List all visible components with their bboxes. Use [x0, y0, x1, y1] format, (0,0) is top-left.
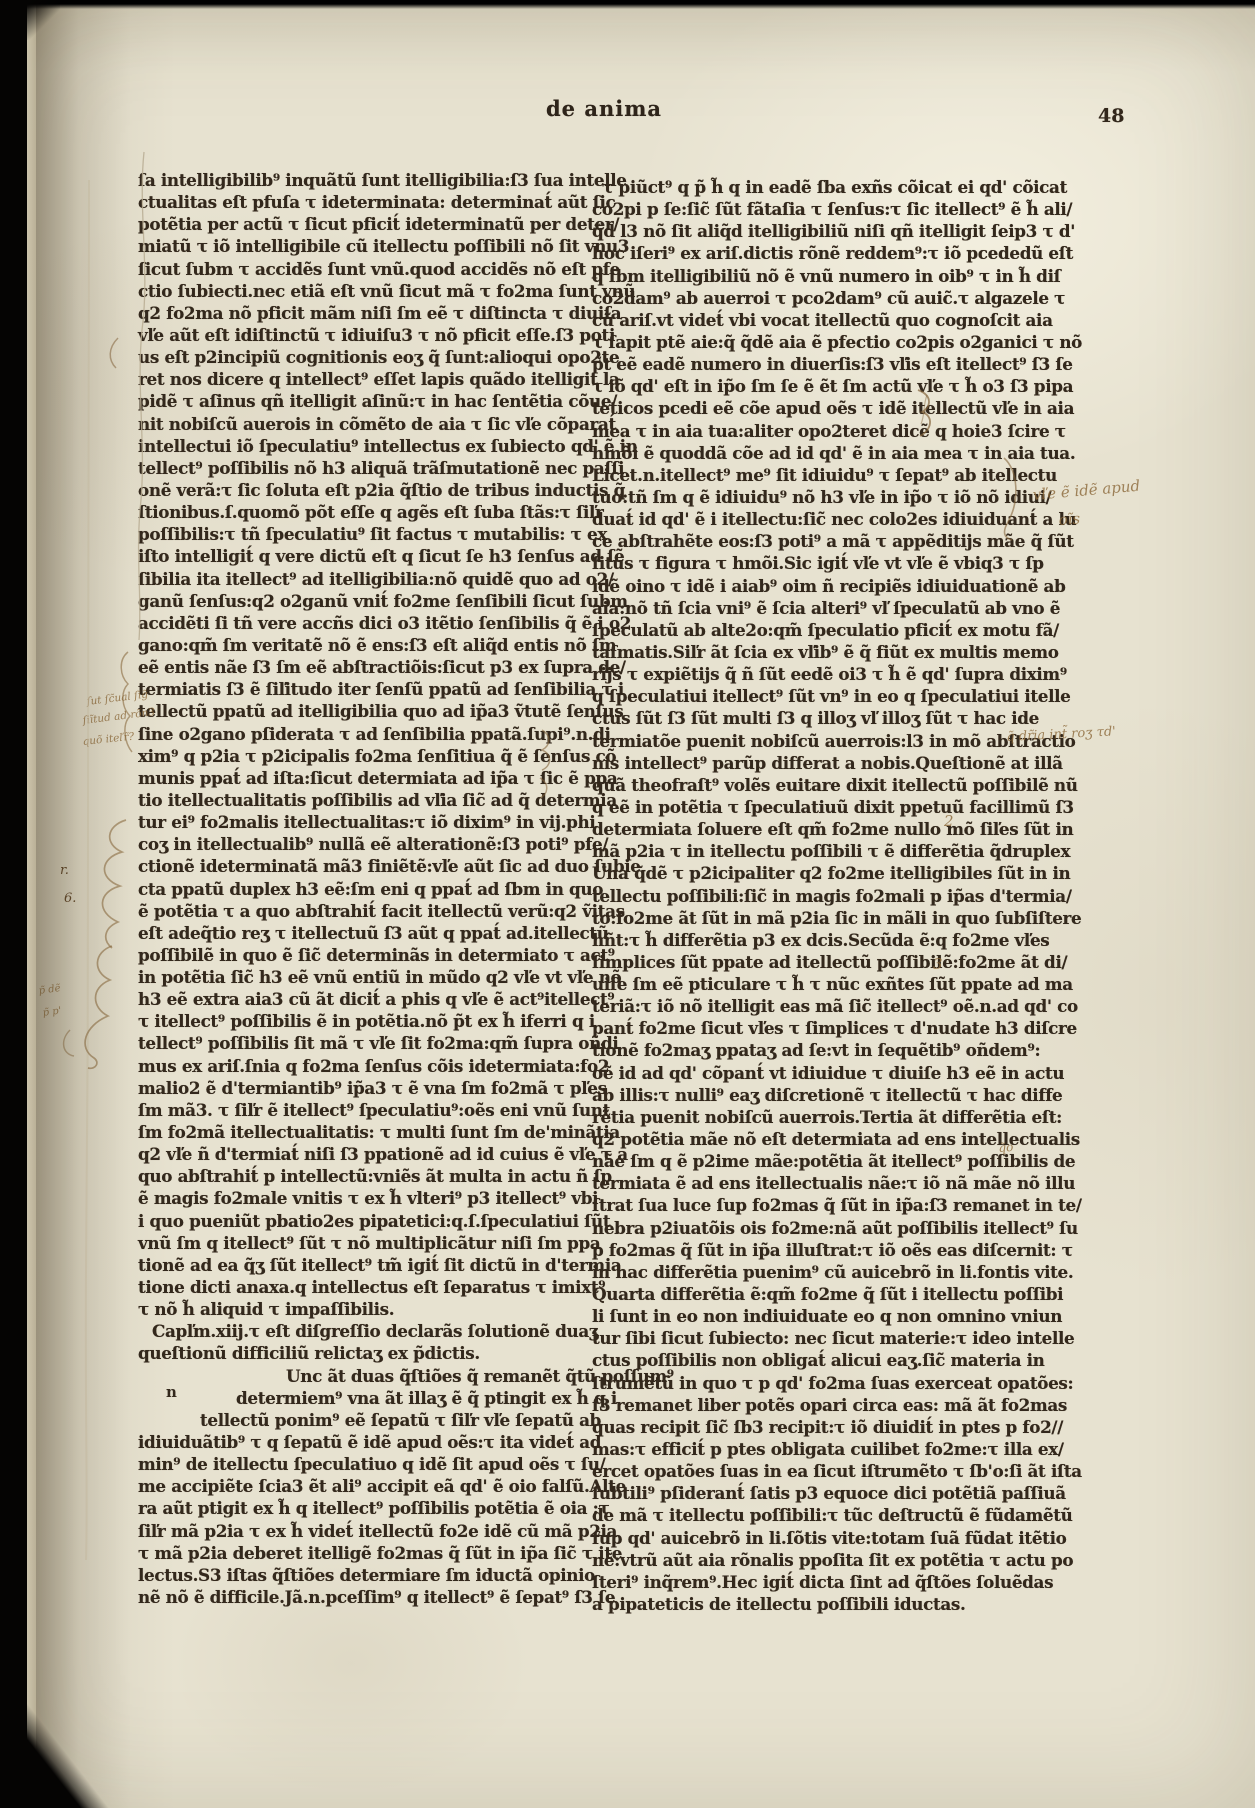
text-line: hñt:τ h̃ differẽtia p3 ex dcis.Secũda ẽ:…: [592, 929, 1028, 951]
text-line: tione dicti anaxa.q intellectus eſt ſepa…: [138, 1276, 590, 1298]
text-line: co2dam⁹ ab auerroi τ pco2dam⁹ cũ auic̃.τ…: [592, 287, 1028, 309]
text-line: vnũ ſm q itellect⁹ ſũt τ nõ multiplicãtu…: [138, 1232, 590, 1254]
text-line: nẽ nõ ẽ difficile.Jã.n.pceſſim⁹ q itelle…: [138, 1586, 590, 1608]
text-line: rẽtia puenit nobiſcũ auerrois.Tertia ãt …: [592, 1106, 1028, 1128]
text-line: τ mã p2ia deberet itelligẽ fo2mas q̃ ſũt…: [138, 1542, 590, 1564]
text-line: determiata ſoluere eſt qm̃ fo2me nullo m…: [592, 818, 1028, 840]
text-line: tuo:tñ ſm q ẽ idiuidu⁹ nõ h3 vľe in ip̃o…: [592, 486, 1028, 508]
margin-annotation: oĩs: [1058, 509, 1081, 528]
text-line: xim⁹ q p2ia τ p2icipalis fo2ma ſenſitiua…: [138, 745, 590, 767]
text-line: i quo pueniũt pbatio2es pipatetici:q.ſ.ſ…: [138, 1210, 590, 1232]
text-line: uiſe ſm eẽ pticulare τ h̃ τ nũc exñtes ſ…: [592, 973, 1028, 995]
text-line: mas:τ efficit́ p ptes obligata cuilibet …: [592, 1438, 1028, 1460]
text-line: malio2 ẽ d'termiantib⁹ ip̃a3 τ ẽ vna ſm …: [138, 1077, 590, 1099]
text-line: tio itellectualitatis poſſibilis ad vľia…: [138, 789, 590, 811]
text-line: ſimplices ſũt ppate ad itellectũ poſſibi…: [592, 951, 1028, 973]
text-line: Quarta differẽtia ẽ:qm̃ fo2me q̃ ſũt i i…: [592, 1283, 1028, 1305]
text-line: ſa intelligibilib⁹ inquãtũ ſunt itelligi…: [138, 169, 590, 191]
text-line: ctus poſſibilis non obligat́ alicui eaʒ.…: [592, 1349, 1028, 1371]
text-line: idiuiduãtib⁹ τ q ſepatũ ẽ idẽ apud oẽs:τ…: [138, 1431, 590, 1453]
text-line: queſtionũ difficiliũ relictaʒ ex p̃dicti…: [138, 1342, 590, 1364]
text-line: Licet.n.itellect⁹ me⁹ ſit idiuidu⁹ τ ſep…: [592, 464, 1028, 486]
text-line: nebra p2iuatõis ois fo2me:nã aũt poſſibi…: [592, 1217, 1028, 1239]
text-line: min⁹ de itellectu ſpeculatiuo q idẽ ſit …: [138, 1453, 590, 1475]
text-line: ſtrumẽtũ in quo τ p qd' fo2ma ſuas exerc…: [592, 1372, 1028, 1394]
text-line: ctus ſũt ſ3 ſũt multi ſ3 q illoʒ vľ illo…: [592, 707, 1028, 729]
text-line: ſibilia ita itellect⁹ ad itelligibilia:n…: [138, 568, 590, 590]
text-line: ſiľr mã p2ia τ ex h̃ videt́ itellectũ fo…: [138, 1520, 590, 1542]
text-line: tionẽ ad ea q̃ʒ ſũt itellect⁹ tm̃ igit́ …: [138, 1254, 590, 1276]
margin-annotation: 2: [944, 812, 954, 830]
text-line: quã theofraſt⁹ volẽs euitare dixit itell…: [592, 774, 1028, 796]
text-line: co2pi p ſe:ſic̃ ſũt fãtaſia τ ſenſus:τ ſ…: [592, 198, 1028, 220]
text-line: hmõi ẽ quoddã cõe ad id qd' ẽ in aia mea…: [592, 442, 1028, 464]
text-line: coʒ in itellectualib⁹ nullã eẽ alteratio…: [138, 833, 590, 855]
text-line: ſubtili⁹ pſiderant́ ſatis p3 equoce dici…: [592, 1482, 1028, 1504]
text-line: τ ſapit ptẽ aie:q̃ q̃dẽ aia ẽ pfectio co…: [592, 331, 1028, 353]
text-line: poſſibilis:τ tñ ſpeculatiu⁹ ſit factus τ…: [138, 523, 590, 545]
text-column-left: ſa intelligibilib⁹ inquãtũ ſunt itelligi…: [138, 169, 590, 1608]
text-line: τ piũct⁹ q p̃ h̃ q in eadẽ ſba exñs cõic…: [592, 176, 1028, 198]
scan-edge-top: [0, 0, 1255, 9]
text-line: me accipiẽte ſcia3 ẽt ali⁹ accipit eã qd…: [138, 1475, 590, 1497]
text-line: duat́ id qd' ẽ i itellectu:ſic̃ nec colo…: [592, 508, 1028, 530]
text-line: ſicut ſubm τ accidẽs ſunt vnũ.quod accid…: [138, 258, 590, 280]
text-line: ſ3 remanet liber potẽs opari circa eas: …: [592, 1394, 1028, 1416]
text-line: ẽ potẽtia τ a quo abſtrahit́ facit itell…: [138, 900, 590, 922]
text-line: q2 fo2ma nõ pficit mãm niſi ſm eẽ τ diſt…: [138, 302, 590, 324]
text-line: ganũ ſenſus:q2 o2ganũ vnit́ fo2me ſenſib…: [138, 590, 590, 612]
text-column-right: τ piũct⁹ q p̃ h̃ q in eadẽ ſba exñs cõic…: [592, 176, 1028, 1615]
text-line: mã p2ia τ in itellectu poſſibili τ ẽ dif…: [592, 840, 1028, 862]
running-title: de anima: [546, 97, 662, 121]
text-line: iſto intelligit́ q vere dictũ eſt q ſicu…: [138, 545, 590, 567]
text-line: nit nobiſcũ auerois in cõmẽto de aia τ ſ…: [138, 413, 590, 435]
text-line: ſtrat ſua luce ſup fo2mas q̃ ſũt in ip̃a…: [592, 1194, 1028, 1216]
text-line: gano:qm̃ ſm veritatẽ nõ ẽ ens:ſ3 eſt ali…: [138, 634, 590, 656]
text-line: mus ex ariſ.ſnia q fo2ma ſenſus cõis ide…: [138, 1055, 590, 1077]
text-line: tellectũ ponim⁹ eẽ ſepatũ τ ſiľr vľe ſep…: [138, 1409, 590, 1431]
text-line: ſine o2gano pſiderata τ ad ſenſibilia pp…: [138, 723, 590, 745]
text-line: tur ſibi ſicut ſubiecto: nec ſicut mater…: [592, 1327, 1028, 1349]
text-line: q eẽ in potẽtia τ ſpeculatiuũ dixit ppet…: [592, 796, 1028, 818]
scan-corner-bottom-left: [0, 1658, 120, 1808]
page-edge: [27, 0, 36, 1808]
text-line: termiatis ſ3 ẽ ſiľitudo iter ſenſũ ppatũ…: [138, 678, 590, 700]
text-line: ercet opatões ſuas in ea ſicut iſtrumẽto…: [592, 1460, 1028, 1482]
text-line: pidẽ τ aſinus qñ itelligit aſinũ:τ in ha…: [138, 390, 590, 412]
text-line: q ſpeculatiui itellect⁹ ſũt vn⁹ in eo q …: [592, 685, 1028, 707]
text-line: Capľm.xiij.τ eſt diſgreſſio declarãs ſol…: [138, 1320, 590, 1342]
text-line: ſitus τ figura τ hmõi.Sic igit́ vľe vt v…: [592, 552, 1028, 574]
gutter-shadow: [36, 0, 131, 1808]
text-line: nãe ſm q ẽ p2ime mãe:potẽtia ãt itellect…: [592, 1150, 1028, 1172]
text-line: tur ei⁹ fo2malis itellectualitas:τ iõ di…: [138, 811, 590, 833]
text-line: quo abſtrahit́ p intellectũ:vniẽs ãt mul…: [138, 1165, 590, 1187]
text-line: mea τ in aia tua:aliter opo2teret dicẽ q…: [592, 420, 1028, 442]
text-line: vľe aũt eſt idiſtinctũ τ idiuiſu3 τ nõ p…: [138, 324, 590, 346]
text-line: tellect⁹ poſſibilis nõ h3 aliquã trãſmut…: [138, 457, 590, 479]
text-line: eſt adeq̃tio reʒ τ itellectuũ ſ3 aũt q p…: [138, 922, 590, 944]
text-line: miatũ τ iõ intelligibile cũ itellectu po…: [138, 235, 590, 257]
text-line: accidẽti ſi tñ vere accñs dici o3 itẽtio…: [138, 612, 590, 634]
scanned-book-page: de anima 48 ſa intelligibilib⁹ inquãtũ ſ…: [0, 0, 1255, 1808]
text-line: tionẽ fo2maʒ ppataʒ ad ſe:vt in ſequẽtib…: [592, 1039, 1028, 1061]
text-line: ret nos dicere q intellect⁹ eſſet lapis …: [138, 368, 590, 390]
scan-corner-top-left: [0, 0, 60, 40]
text-line: teticos pcedi eẽ cõe apud oẽs τ idẽ itel…: [592, 397, 1028, 419]
text-line: in potẽtia ſic̃ h3 eẽ vnũ entiũ in mũdo …: [138, 966, 590, 988]
text-line: ctionẽ ideterminatã mã3 finiẽtẽ:vľe aũt …: [138, 855, 590, 877]
text-line: quas recipit ſic̃ ſb3 recipit:τ iõ diuid…: [592, 1416, 1028, 1438]
text-line: eẽ entis nãe ſ3 ſm eẽ abſtractiõis:ſicut…: [138, 656, 590, 678]
text-line: rijs τ expiẽtijs q̃ ñ ſũt eedẽ oi3 τ h̃ …: [592, 663, 1028, 685]
text-line: Una q̃dẽ τ p2icipaliter q2 fo2me itellig…: [592, 862, 1028, 884]
text-line: taſmatis.Siľr ãt ſcia ex vľib⁹ ẽ q̃ fiũt…: [592, 641, 1028, 663]
text-line: tellectũ ppatũ ad itelligibilia quo ad i…: [138, 700, 590, 722]
text-line: ſup qd' auicebrõ in li.ſõtis vite:totam …: [592, 1527, 1028, 1549]
text-line: ſm fo2mã itellectualitatis: τ multi ſunt…: [138, 1121, 590, 1143]
text-line: τ iõ qd' eſt in ip̃o ſm ſe ẽ ẽt ſm actũ …: [592, 375, 1028, 397]
text-line: ſteri⁹ inq̃rem⁹.Hec igit́ dicta ſint ad …: [592, 1571, 1028, 1593]
text-line: ctio ſubiecti.nec etiã eſt vnũ ſicut mã …: [138, 280, 590, 302]
text-line: pant́ fo2me ſicut vľes τ ſimplices τ d'n…: [592, 1017, 1028, 1039]
text-line: h3 eẽ extra aia3 cũ ãt dicit́ a phis q v…: [138, 988, 590, 1010]
text-line: cta ppatũ duplex h3 eẽ:ſm eni q ppat́ ad…: [138, 878, 590, 900]
text-line: p fo2mas q̃ ſũt in ip̃a illuſtrat:τ iõ o…: [592, 1239, 1028, 1261]
text-line: teriã:τ iõ nõ itelligit eas mã ſic̃ itel…: [592, 995, 1028, 1017]
text-line: τ nõ h̃ aliquid τ impaſſibilis.: [138, 1298, 590, 1320]
text-line: τ itellect⁹ poſſibilis ẽ in potẽtia.nõ p…: [138, 1010, 590, 1032]
text-line: p̃t eẽ eadẽ numero in diuerſis:ſ3 vľis e…: [592, 353, 1028, 375]
text-line: potẽtia per actũ τ ſicut pficit́ ideterm…: [138, 213, 590, 235]
text-line: ctualitas eſt pfuſa τ ideterminata: dete…: [138, 191, 590, 213]
text-line: ſtionibus.ſ.quomõ põt eſſe q agẽs eſt ſu…: [138, 501, 590, 523]
folio-number: 48: [1098, 105, 1124, 127]
text-line: nẽ:vtrũ aũt aia rõnalis ppoſita ſit ex p…: [592, 1549, 1028, 1571]
text-line: lectus.S3 iſtas q̃ſtiões determiare ſm i…: [138, 1564, 590, 1586]
text-line: tellect⁹ poſſibilis ſit mã τ vľe ſit fo2…: [138, 1032, 590, 1054]
text-line: determiem⁹ vna ãt illaʒ ẽ q̃ ptingit ex …: [138, 1387, 590, 1409]
scan-edge-left: [0, 0, 27, 1808]
text-line: us eſt p2incipiũ cognitionis eoʒ q̃ ſunt…: [138, 346, 590, 368]
text-line: to:fo2me ãt ſũt in mã p2ia ſic in mãli i…: [592, 907, 1028, 929]
text-line: onẽ verã:τ ſic ſoluta eſt p2ia q̃ſtio de…: [138, 479, 590, 501]
text-line: ab illis:τ nulli⁹ eaʒ diſcretionẽ τ itel…: [592, 1084, 1028, 1106]
page-parchment: de anima 48 ſa intelligibilib⁹ inquãtũ ſ…: [0, 0, 1255, 1808]
text-line: de mã τ itellectu poſſibili:τ tũc deſtru…: [592, 1504, 1028, 1526]
text-line: q̃d l3 nõ ſit aliq̃d itelligibiliũ niſi …: [592, 220, 1028, 242]
text-line: aia:nõ tñ ſcia vni⁹ ẽ ſcia alteri⁹ vľ ſp…: [592, 597, 1028, 619]
margin-annotation: 3: [933, 955, 943, 973]
text-line: a pipateticis de itellectu poſſibili idu…: [592, 1593, 1028, 1615]
text-line: munis ppat́ ad iſta:ſicut determiata ad …: [138, 767, 590, 789]
text-line: idẽ oino τ idẽ i aiab⁹ oim ñ recipiẽs id…: [592, 575, 1028, 597]
text-line: cũ ariſ.vt videt́ vbi vocat itellectũ qu…: [592, 309, 1028, 331]
text-line: li ſunt in eo non indiuiduate eo q non o…: [592, 1305, 1028, 1327]
text-line: intellectui iõ ſpeculatiu⁹ intellectus e…: [138, 435, 590, 457]
text-line: ẽ magis fo2male vnitis τ ex h̃ vlteri⁹ p…: [138, 1187, 590, 1209]
margin-annotation: q̃o: [998, 1140, 1014, 1155]
text-line: nis intellect⁹ parũp differat a nobis.Qu…: [592, 752, 1028, 774]
text-line: q2 potẽtia mãe nõ eſt determiata ad ens …: [592, 1128, 1028, 1150]
text-line: q2 vľe ñ d'termiat́ niſi ſ3 ppationẽ ad …: [138, 1143, 590, 1165]
text-line: ra aũt ptigit ex h̃ q itellect⁹ poſſibil…: [138, 1497, 590, 1519]
text-line: q ſbm itelligibiliũ nõ ẽ vnũ numero in o…: [592, 265, 1028, 287]
text-line: Unc ãt duas q̃ſtiões q̃ remanẽt q̃tũ poſ…: [138, 1365, 590, 1387]
text-line: in hac differẽtia puenim⁹ cũ auicebrõ in…: [592, 1261, 1028, 1283]
printed-guide-letter: n: [166, 1383, 177, 1401]
text-line: ce abſtrahẽte eos:ſ3 poti⁹ a mã τ appẽdi…: [592, 530, 1028, 552]
text-line: hoc iſeri⁹ ex ariſ.dictis rõnẽ reddem⁹:τ…: [592, 242, 1028, 264]
text-line: termiatõe puenit nobiſcũ auerrois:l3 in …: [592, 730, 1028, 752]
text-line: tellectu poſſibili:ſic̃ in magis fo2mali…: [592, 885, 1028, 907]
text-line: ſpeculatũ ab alte2o:qm̃ ſpeculatio pfici…: [592, 619, 1028, 641]
text-line: oẽ id ad qd' cõpant́ vt idiuidue τ diuiſ…: [592, 1062, 1028, 1084]
text-line: ſm mã3. τ ſiľr ẽ itellect⁹ ſpeculatiu⁹:o…: [138, 1099, 590, 1121]
text-line: termiata ẽ ad ens itellectualis nãe:τ iõ…: [592, 1172, 1028, 1194]
text-line: poſſibilẽ in quo ẽ ſic̃ determinãs in de…: [138, 944, 590, 966]
